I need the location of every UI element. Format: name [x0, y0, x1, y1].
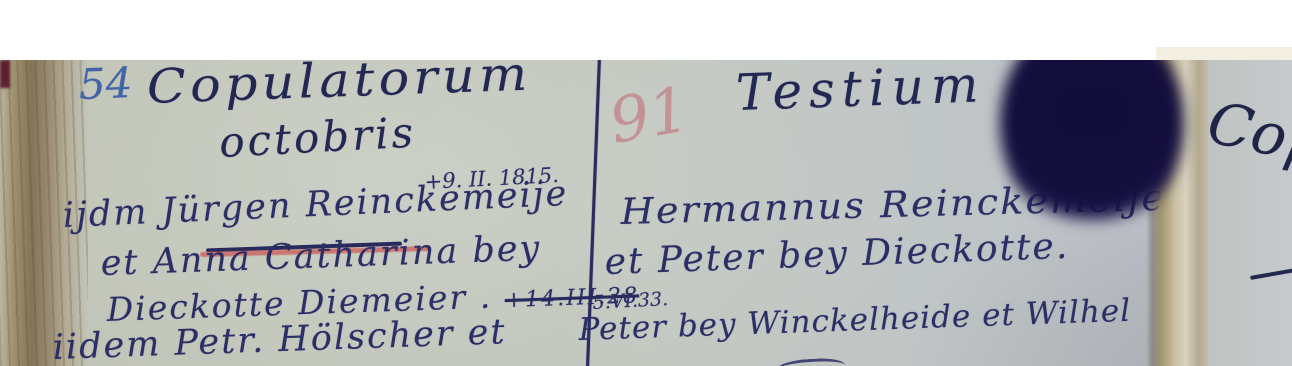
bride-name-line: et Anna Catharina bey — [100, 229, 542, 284]
page-number: 54 — [78, 60, 133, 109]
column-heading-copulatorum: Copulatorum — [146, 60, 532, 115]
folio-number-red: 91 — [604, 72, 694, 158]
groom-name-line: ijdm Jürgen Reinckemeije — [62, 174, 569, 236]
column-heading-testium: Testium — [735, 60, 986, 122]
register-photo: 54 Copulatorum octobris +9. II. 1815. ij… — [0, 60, 1292, 366]
paper-edge-sliver — [1156, 47, 1292, 61]
binding-mark — [0, 60, 10, 88]
month-subheading: octobris — [218, 108, 417, 167]
register-scan: 54 Copulatorum octobris +9. II. 1815. ij… — [0, 0, 1292, 366]
